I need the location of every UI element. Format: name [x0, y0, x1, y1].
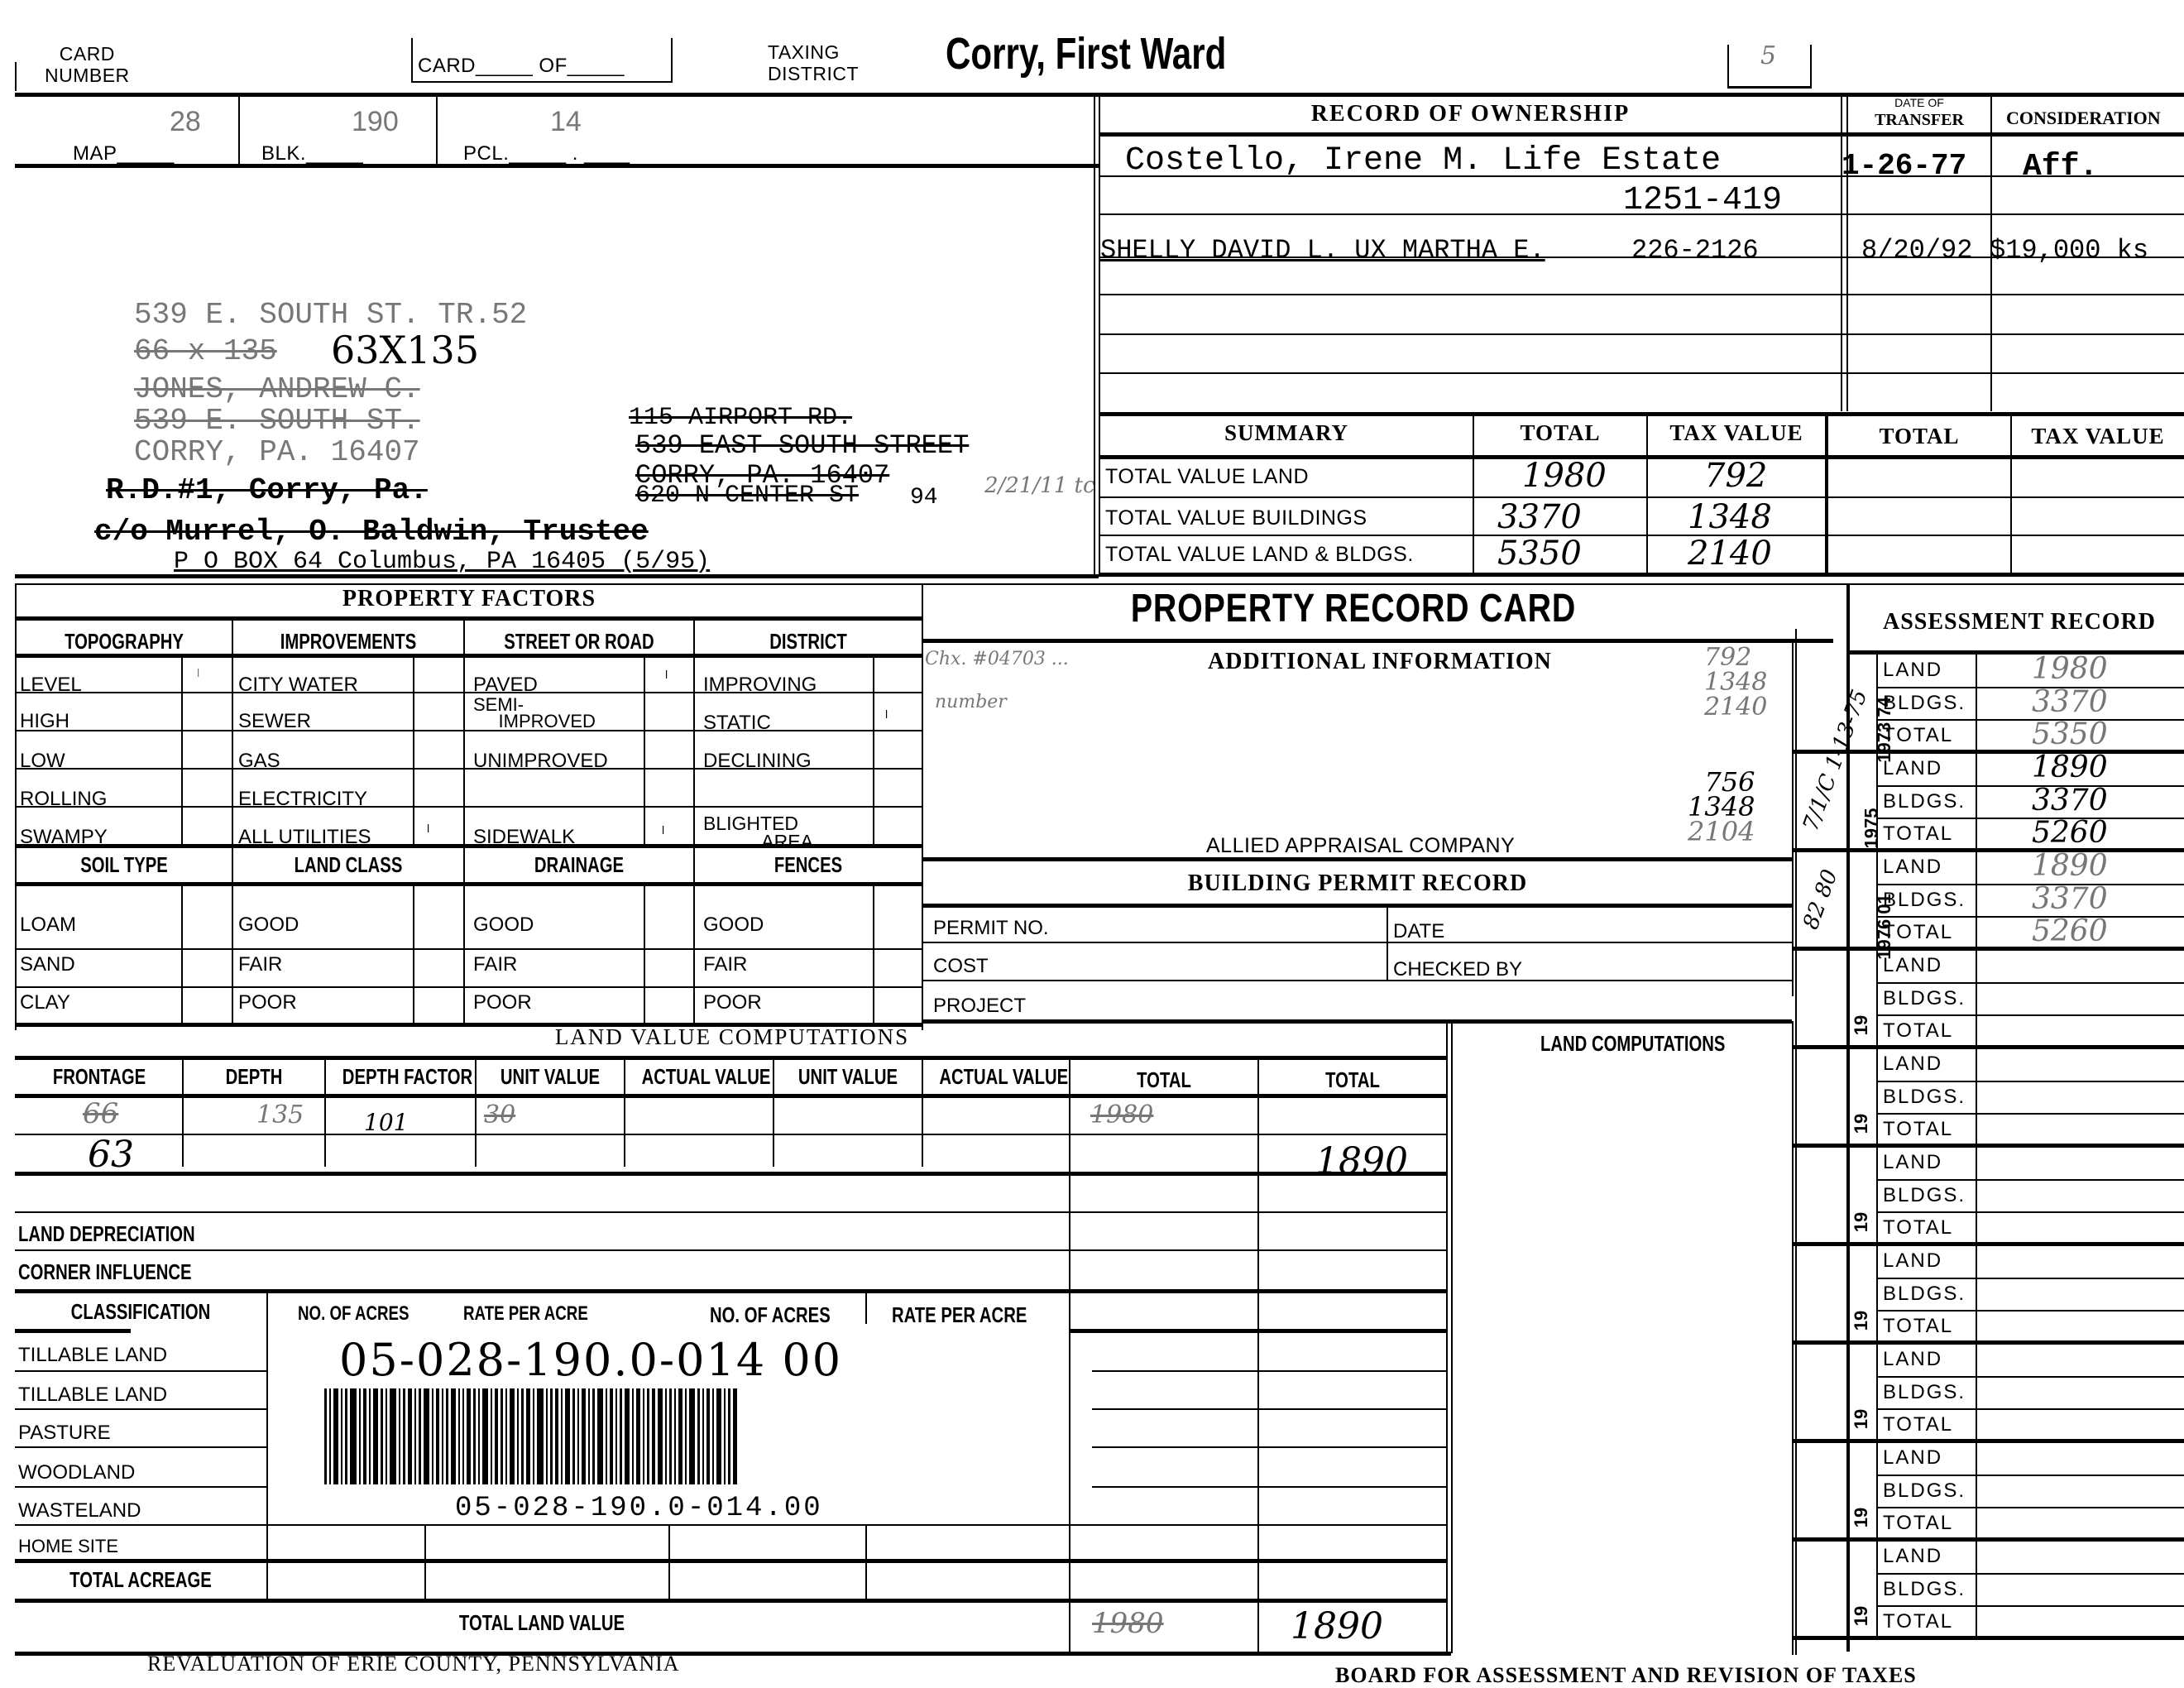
footer-left: REVALUATION OF ERIE COUNTY, PENNSYLVANIA — [147, 1652, 680, 1676]
pf-unimproved: UNIMPROVED — [473, 750, 608, 773]
assessment-bldgs-value: 3370 — [2032, 882, 2108, 916]
pf-static: STATIC — [703, 712, 771, 735]
assessment-total-value: 5260 — [2032, 816, 2108, 850]
pf-sidewalk: SIDEWALK — [473, 826, 575, 849]
assessment-side-note: 82 80 — [1798, 866, 1843, 933]
pf-swampy: SWAMPY — [20, 826, 108, 849]
map-label: MAP_____ — [73, 142, 175, 165]
ownership-title: RECORD OF OWNERSHIP — [1100, 101, 1841, 127]
additional-info-side-values-bottom: 75613482104 — [1688, 770, 1755, 844]
assessment-year: 19 — [1851, 1114, 1872, 1134]
assessment-block: 19 LAND BLDGS. TOTAL — [1850, 1146, 2184, 1244]
fences-header: FENCES — [720, 852, 897, 878]
assessment-block: 19 LAND BLDGS. TOTAL — [1850, 1441, 2184, 1540]
assessment-block: 19 LAND BLDGS. TOTAL — [1850, 1048, 2184, 1146]
summary-row-bldgs-label: TOTAL VALUE BUILDINGS — [1105, 506, 1367, 530]
pf-blighted-area: BLIGHTED AREA — [703, 814, 813, 851]
consideration-header: CONSIDERATION — [2006, 108, 2161, 129]
address-block: 539 E. SOUTH ST. TR.52 66 x 135 63X135 J… — [50, 298, 1092, 575]
taxing-district-label: TAXINGDISTRICT — [768, 41, 859, 84]
pf-land-fair: FAIR — [238, 953, 282, 976]
assessment-year: 19 — [1851, 1015, 1872, 1035]
assessment-block: 19 LAND BLDGS. TOTAL — [1850, 1244, 2184, 1343]
permit-checked-by-field[interactable]: CHECKED BY — [1393, 958, 1522, 981]
pf-fence-fair: FAIR — [703, 953, 747, 976]
assessment-year: 19 — [1851, 1606, 1872, 1626]
property-record-card-title: PROPERTY RECORD CARD — [1001, 586, 1707, 631]
blk-value: 190 — [352, 106, 399, 138]
lv-col-unit-value: UNIT VALUE — [493, 1064, 608, 1090]
summary-title: SUMMARY — [1100, 420, 1473, 446]
assessment-year: 19 — [1851, 1212, 1872, 1232]
pf-semi-improved: SEMI- IMPROVED — [473, 697, 596, 730]
assessment-block: 19 LAND BLDGS. TOTAL — [1850, 949, 2184, 1048]
pf-level: LEVEL — [20, 674, 82, 697]
checkmark-icon: ˡ — [427, 822, 429, 842]
summary-row-total-label: TOTAL VALUE LAND & BLDGS. — [1105, 543, 1414, 567]
classification-header: CLASSIFICATION — [44, 1299, 237, 1325]
acre-row-tillable-1: TILLABLE LAND — [18, 1344, 167, 1367]
checkmark-icon: ˡ — [197, 667, 199, 686]
lv-col-depth-factor: DEPTH FACTOR — [342, 1064, 458, 1090]
owner-1-date: 1-26-77 — [1842, 149, 1966, 183]
appraisal-company: ALLIED APPRAISAL COMPANY — [1206, 834, 1515, 858]
summary-row-land-label: TOTAL VALUE LAND — [1105, 465, 1309, 489]
lv-col-actual-value-2: ACTUAL VALUE — [939, 1064, 1052, 1090]
assessment-year: 19 — [1851, 1508, 1872, 1527]
pf-improving: IMPROVING — [703, 674, 817, 697]
blk-label: BLK._____ — [261, 142, 363, 165]
barcode-label: 05-028-190.0-014 00 05-028-190.0-014.00 — [298, 1329, 1069, 1524]
pf-sand: SAND — [20, 953, 75, 976]
pf-all-utilities: ALL UTILITIES — [238, 826, 371, 849]
owner-2-name: SHELLY DAVID L. UX MARTHA E. — [1100, 235, 1545, 266]
permit-project-field[interactable]: PROJECT — [933, 995, 1026, 1018]
assessment-bldgs-value: 3370 — [2032, 784, 2108, 818]
land-computations-title: LAND COMPUTATIONS — [1540, 1031, 1725, 1057]
assessment-year: 19 — [1851, 1311, 1872, 1331]
owner-1-consideration: Aff. — [2023, 149, 2098, 185]
pf-fence-good: GOOD — [703, 914, 764, 937]
checkmark-icon: ˡ — [665, 669, 668, 688]
permit-cost-field[interactable]: COST — [933, 955, 989, 978]
corner-influence-label: CORNER INFLUENCE — [18, 1259, 192, 1285]
pf-electricity: ELECTRICITY — [238, 788, 367, 811]
acre-row-wasteland: WASTELAND — [18, 1499, 141, 1523]
land-class-header: LAND CLASS — [259, 852, 438, 878]
lv-col-total-2: TOTAL — [1280, 1067, 1425, 1093]
pf-drain-good: GOOD — [473, 914, 534, 937]
pf-high: HIGH — [20, 710, 69, 733]
summary-land-total: 1980 — [1522, 457, 1607, 495]
building-permit-title: BUILDING PERMIT RECORD — [923, 870, 1792, 897]
street-or-road-header: STREET OR ROAD — [490, 629, 668, 655]
pcl-label: PCL._____ . ____ — [463, 142, 630, 165]
acre-row-woodland: WOODLAND — [18, 1461, 135, 1484]
assessment-total-value: 5260 — [2032, 914, 2108, 948]
permit-no-field[interactable]: PERMIT NO. — [933, 917, 1049, 940]
pf-gas: GAS — [238, 750, 280, 773]
topography-header: TOPOGRAPHY — [41, 629, 208, 655]
footer-right: BOARD FOR ASSESSMENT AND REVISION OF TAX… — [1335, 1663, 1917, 1688]
acre-col-no-of-acres: NO. OF ACRES — [298, 1302, 409, 1326]
checkmark-icon: ˡ — [885, 708, 888, 727]
assessment-block: 1973 74 LAND BLDGS. TOTAL 1980 3370 5350 — [1850, 654, 2184, 752]
assessment-record-title: ASSESSMENT RECORD — [1883, 609, 2156, 635]
improvements-header: IMPROVEMENTS — [259, 629, 438, 655]
soil-type-header: SOIL TYPE — [41, 852, 208, 878]
acre-col-no-of-acres-2: NO. OF ACRES — [710, 1302, 831, 1328]
acre-row-pasture: PASTURE — [18, 1422, 111, 1445]
acre-row-home-site: HOME SITE — [18, 1536, 118, 1557]
acre-row-tillable-2: TILLABLE LAND — [18, 1383, 167, 1407]
pf-clay: CLAY — [20, 991, 70, 1014]
owner-2-deed: 226-2126 — [1631, 235, 1759, 266]
assessment-block: 1976 01 LAND BLDGS. TOTAL 1890 3370 5260… — [1850, 851, 2184, 949]
owner-2-date: 8/20/92 — [1861, 235, 1972, 266]
lv-col-unit-value-2: UNIT VALUE — [791, 1064, 906, 1090]
property-factors-title: PROPERTY FACTORS — [17, 586, 922, 612]
lv-col-total: TOTAL — [1091, 1067, 1237, 1093]
pf-land-good: GOOD — [238, 914, 299, 937]
card-of-label: CARD_____ OF_____ — [418, 55, 625, 78]
checkmark-icon: ˡ — [662, 824, 664, 843]
assessment-block: 1975 LAND BLDGS. TOTAL 1890 3370 5260 7/… — [1850, 752, 2184, 851]
assessment-land-value: 1980 — [2032, 652, 2108, 686]
summary-land-tax: 792 — [1704, 457, 1767, 495]
land-depreciation-label: LAND DEPRECIATION — [18, 1221, 195, 1247]
taxing-district-value: Corry, First Ward — [946, 28, 1226, 79]
acre-col-rate-2: RATE PER ACRE — [892, 1302, 1027, 1328]
total-land-value-old: 1980 — [1092, 1607, 1164, 1640]
acre-col-rate: RATE PER ACRE — [463, 1302, 588, 1326]
assessment-block: 19 LAND BLDGS. TOTAL — [1850, 1540, 2184, 1638]
pf-loam: LOAM — [20, 914, 76, 937]
summary-bldgs-tax: 1348 — [1688, 498, 1772, 536]
total-acreage-label: TOTAL ACREAGE — [44, 1567, 237, 1593]
lv-col-frontage: FRONTAGE — [35, 1064, 164, 1090]
additional-info-title: ADDITIONAL INFORMATION — [1208, 649, 1552, 675]
map-value: 28 — [170, 106, 201, 138]
pf-paved: PAVED — [473, 674, 538, 697]
parcel-id-printed: 05-028-190.0-014.00 — [455, 1493, 823, 1524]
summary-bldgs-total: 3370 — [1497, 498, 1582, 536]
assessment-bldgs-value: 3370 — [2032, 685, 2108, 719]
pf-drain-fair: FAIR — [473, 953, 517, 976]
pf-fence-poor: POOR — [703, 991, 762, 1014]
additional-info-side-values-top: 79213482140 — [1704, 645, 1767, 720]
pf-land-poor: POOR — [238, 991, 297, 1014]
pcl-value: 14 — [550, 106, 582, 138]
card-number-label: CARDNUMBER — [45, 43, 130, 86]
date-of-transfer-header: TRANSFER — [1848, 111, 1990, 130]
assessment-total-value: 5350 — [2032, 717, 2108, 751]
permit-date-field[interactable]: DATE — [1393, 920, 1444, 943]
pf-city-water: CITY WATER — [238, 674, 358, 697]
total-land-value: 1890 — [1291, 1605, 1383, 1647]
assessment-land-value: 1890 — [2032, 849, 2108, 883]
lv-col-depth: DEPTH — [199, 1064, 309, 1090]
pf-low: LOW — [20, 750, 65, 773]
summary-total-tax: 2140 — [1688, 535, 1772, 573]
summary-total-total: 5350 — [1497, 535, 1582, 573]
pf-rolling: ROLLING — [20, 788, 107, 811]
lv-col-actual-value: ACTUAL VALUE — [642, 1064, 757, 1090]
card-of-box: CARD_____ OF_____ — [411, 38, 673, 83]
box-mark: 5 — [1727, 45, 1812, 89]
additional-info-note: Chx. #04703 ... — [925, 649, 1069, 669]
land-value-title: LAND VALUE COMPUTATIONS — [17, 1024, 1448, 1050]
pf-sewer: SEWER — [238, 710, 311, 733]
pf-declining: DECLINING — [703, 750, 812, 773]
assessment-block: 19 LAND BLDGS. TOTAL — [1850, 1343, 2184, 1441]
total-land-value-label: TOTAL LAND VALUE — [132, 1610, 952, 1636]
barcode-icon — [324, 1388, 986, 1484]
pf-drain-poor: POOR — [473, 991, 532, 1014]
drainage-header: DRAINAGE — [490, 852, 668, 878]
assessment-year: 1975 — [1861, 808, 1882, 849]
owner-1-name: Costello, Irene M. Life Estate — [1125, 142, 1721, 180]
owner-2-consideration: $19,000 ks — [1990, 235, 2148, 266]
assessment-year: 19 — [1851, 1409, 1872, 1429]
parcel-id-handwritten: 05-028-190.0-014 00 — [339, 1334, 842, 1386]
district-header: DISTRICT — [720, 629, 897, 655]
assessment-land-value: 1890 — [2032, 750, 2108, 784]
